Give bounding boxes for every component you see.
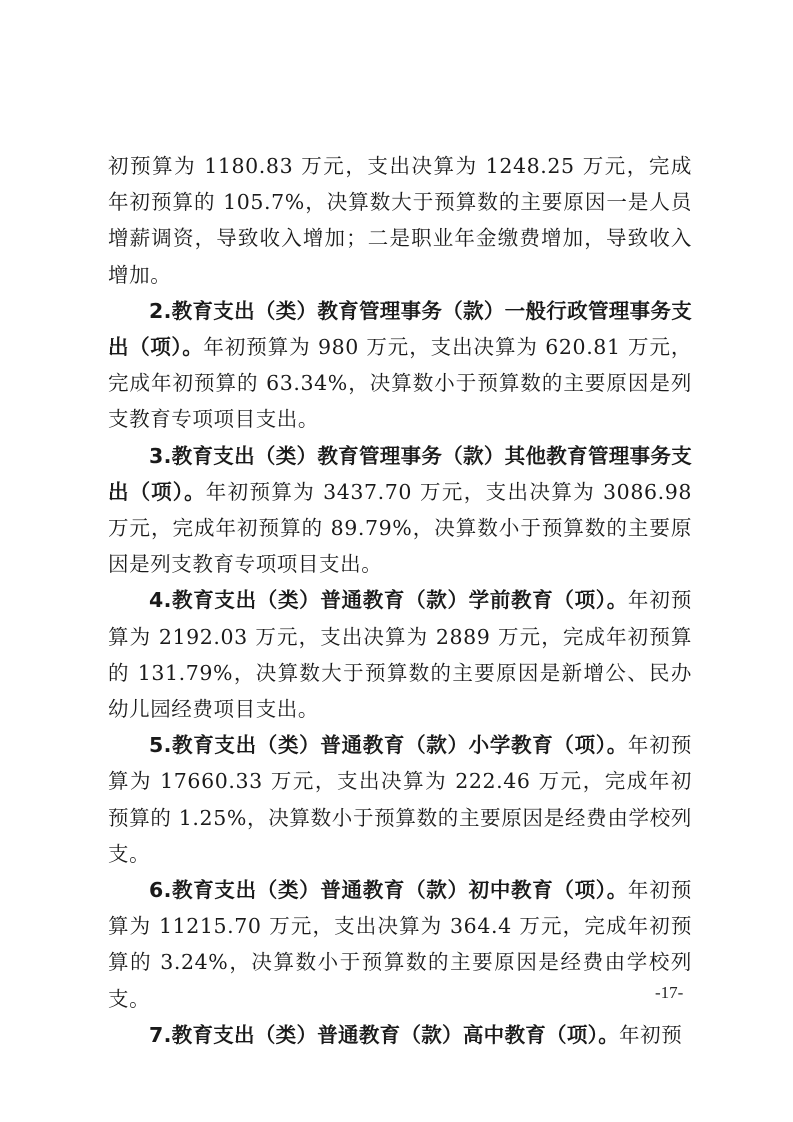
paragraph-item-3: 3.教育支出（类）教育管理事务（款）其他教育管理事务支出（项）。年初预算为 34…	[108, 438, 692, 583]
item-heading: 5.教育支出（类）普通教育（款）小学教育（项）。	[149, 733, 628, 757]
page-number: -17-	[655, 983, 683, 1003]
paragraph-body: 初预算为 1180.83 万元，支出决算为 1248.25 万元，完成年初预算的…	[108, 154, 692, 287]
paragraph-item-7: 7.教育支出（类）普通教育（款）高中教育（项）。年初预	[108, 1017, 692, 1053]
paragraph-item-6: 6.教育支出（类）普通教育（款）初中教育（项）。年初预算为 11215.70 万…	[108, 872, 692, 1017]
paragraph-item-4: 4.教育支出（类）普通教育（款）学前教育（项）。年初预算为 2192.03 万元…	[108, 582, 692, 727]
item-heading: 6.教育支出（类）普通教育（款）初中教育（项）。	[149, 878, 628, 902]
item-heading: 7.教育支出（类）普通教育（款）高中教育（项）。	[149, 1023, 619, 1047]
paragraph-body: 年初预	[619, 1023, 682, 1047]
paragraph-item-2: 2.教育支出（类）教育管理事务（款）一般行政管理事务支出（项）。年初预算为 98…	[108, 293, 692, 438]
item-heading: 4.教育支出（类）普通教育（款）学前教育（项）。	[149, 588, 628, 612]
paragraph-1-continuation: 初预算为 1180.83 万元，支出决算为 1248.25 万元，完成年初预算的…	[108, 148, 692, 293]
paragraph-item-5: 5.教育支出（类）普通教育（款）小学教育（项）。年初预算为 17660.33 万…	[108, 727, 692, 872]
document-body: 初预算为 1180.83 万元，支出决算为 1248.25 万元，完成年初预算的…	[108, 148, 692, 1053]
